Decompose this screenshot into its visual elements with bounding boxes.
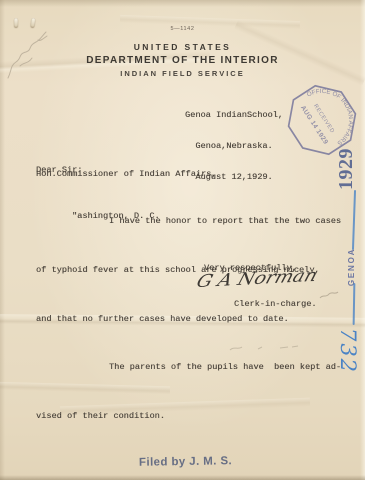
letterhead-service: INDIAN FIELD SERVICE bbox=[0, 69, 365, 78]
blue-pencil-line bbox=[353, 283, 356, 325]
form-number: 5—1142 bbox=[0, 26, 365, 32]
file-number: 732 bbox=[337, 327, 359, 375]
letterhead-department: DEPARTMENT OF THE INTERIOR bbox=[0, 55, 365, 66]
paper-edge-shadow bbox=[0, 0, 365, 7]
dateline-school: Genoa IndianSchool, bbox=[182, 110, 286, 120]
filed-stamp: Filed by J. M. S. bbox=[139, 455, 232, 469]
place-stamp: GENOA bbox=[345, 250, 357, 284]
letter-page: 5—1142 UNITED STATES DEPARTMENT OF THE I… bbox=[0, 0, 365, 480]
letterhead-country: UNITED STATES bbox=[0, 42, 365, 52]
pencil-smudge-icon bbox=[228, 342, 300, 354]
salutation: Dear Sir: bbox=[36, 165, 82, 175]
body-line-4: The parents of the pupils have been kept… bbox=[36, 359, 341, 375]
body-line-1: I have the honor to report that the two … bbox=[36, 213, 341, 229]
paper-edge-shadow bbox=[0, 475, 365, 480]
letter-body: I have the honor to report that the two … bbox=[36, 181, 341, 456]
signer-title: Clerk-in-charge. bbox=[234, 299, 317, 309]
pencil-smudge-icon bbox=[318, 288, 340, 302]
body-line-5: vised of their condition. bbox=[36, 408, 341, 424]
body-line-3: and that no further cases have developed… bbox=[36, 311, 341, 327]
